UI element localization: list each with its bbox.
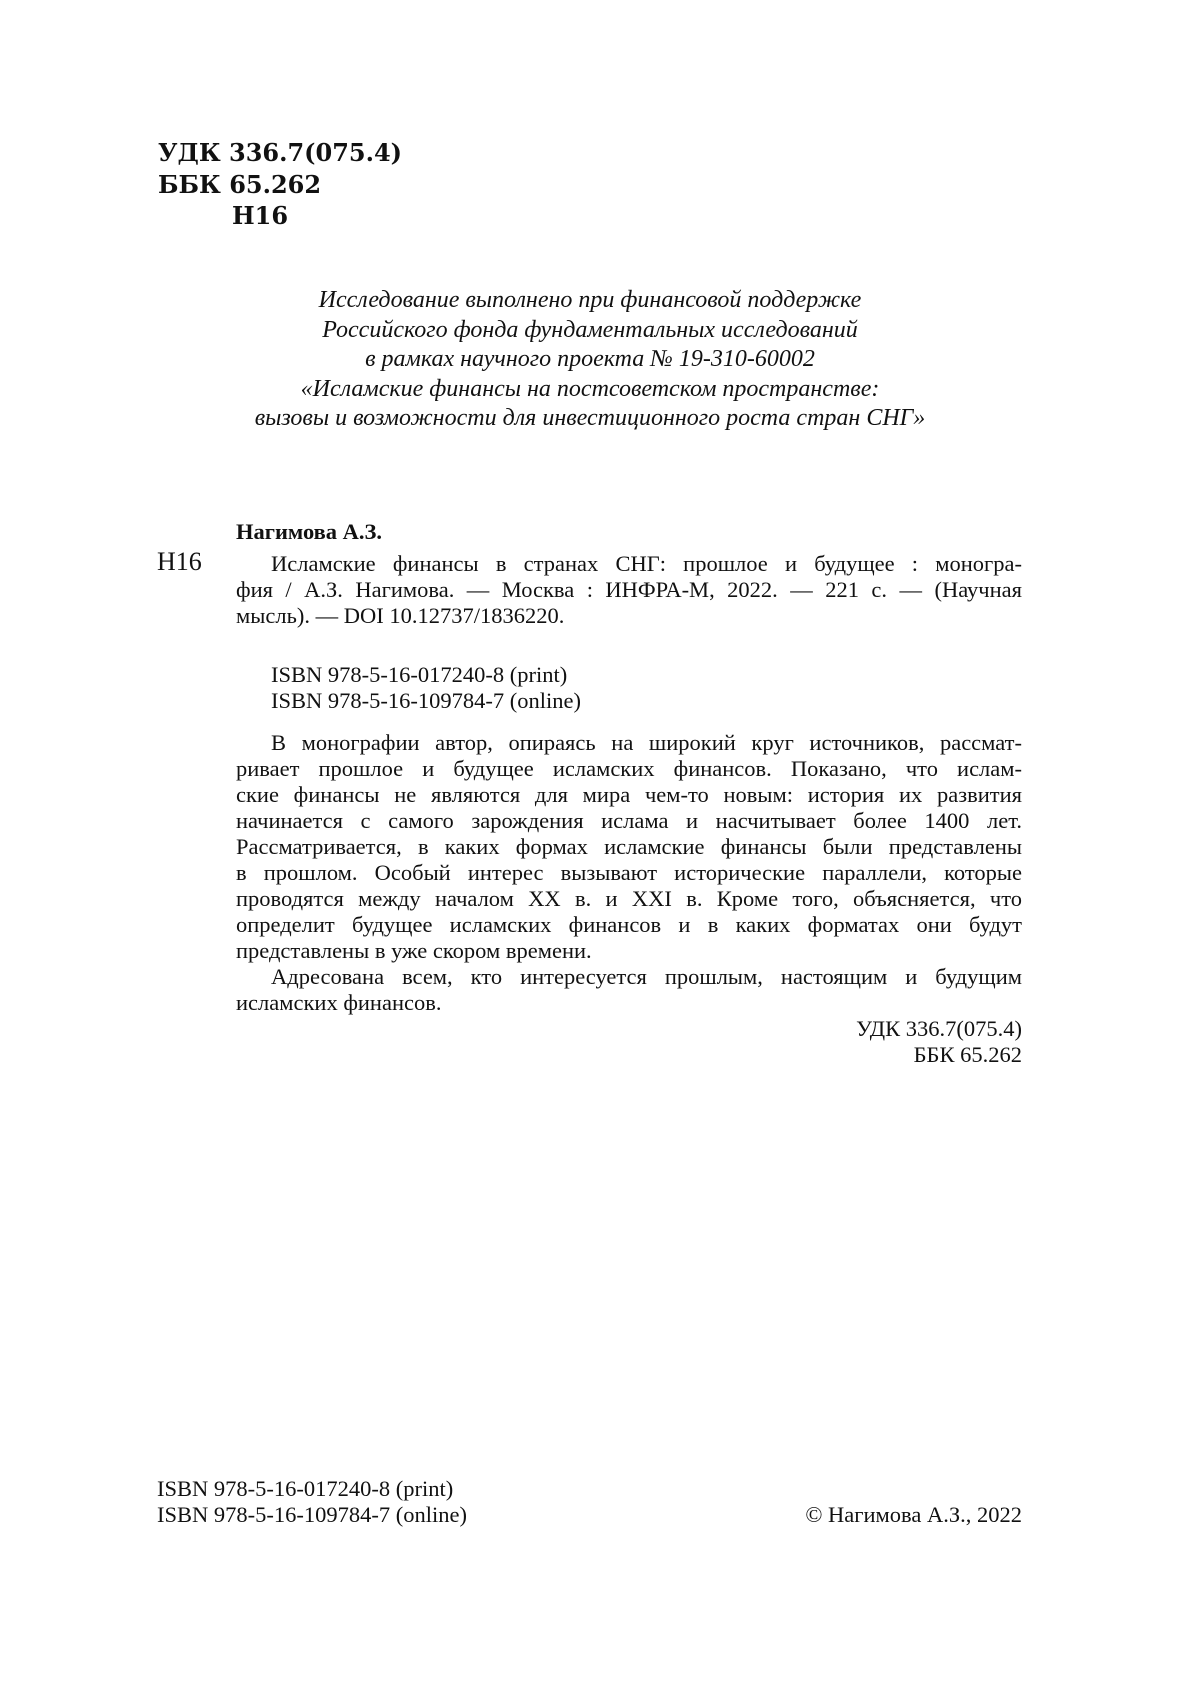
footer-isbn-print: ISBN 978-5-16-017240-8 (print) bbox=[157, 1476, 453, 1502]
annotation-line: определит будущее исламских финансов и в… bbox=[236, 912, 1022, 938]
funding-note: Исследование выполнено при финансовой по… bbox=[190, 286, 990, 434]
author-mark: Н16 bbox=[232, 201, 288, 231]
book-imprint-page: УДК 336.7(075.4) ББК 65.262 Н16 Исследов… bbox=[0, 0, 1181, 1693]
funding-line: в рамках научного проекта № 19-310-60002 bbox=[190, 345, 990, 375]
audience-line: Адресована всем, кто интересуется прошлы… bbox=[271, 964, 1022, 990]
udk-code-bottom: УДК 336.7(075.4) bbox=[856, 1016, 1022, 1042]
isbn-online: ISBN 978-5-16-109784-7 (online) bbox=[271, 688, 581, 714]
annotation-line: Рассматривается, в каких формах исламски… bbox=[236, 834, 1022, 860]
annotation-line: представлены в уже скором времени. bbox=[236, 938, 1022, 964]
isbn-print: ISBN 978-5-16-017240-8 (print) bbox=[271, 662, 567, 688]
footer-isbn-online: ISBN 978-5-16-109784-7 (online) bbox=[157, 1502, 467, 1528]
bbk-code: ББК 65.262 bbox=[158, 170, 321, 200]
annotation-line: ривает прошлое и будущее исламских финан… bbox=[236, 756, 1022, 782]
annotation-line: проводятся между началом XX в. и XXI в. … bbox=[236, 886, 1022, 912]
description-line: фия / А.З. Нагимова. — Москва : ИНФРА-М,… bbox=[236, 577, 1022, 603]
funding-line: Исследование выполнено при финансовой по… bbox=[190, 286, 990, 316]
copyright-notice: © Нагимова А.З., 2022 bbox=[805, 1502, 1022, 1528]
description-line: мысль). — DOI 10.12737/1836220. bbox=[236, 603, 1022, 629]
annotation-line: начинается с самого зарождения ислама и … bbox=[236, 808, 1022, 834]
udk-code: УДК 336.7(075.4) bbox=[158, 138, 402, 168]
funding-line: вызовы и возможности для инвестиционного… bbox=[190, 404, 990, 434]
description-line: Исламские финансы в странах СНГ: прошлое… bbox=[271, 551, 1022, 577]
annotation-line: в прошлом. Особый интерес вызывают истор… bbox=[236, 860, 1022, 886]
annotation-line: ские финансы не являются для мира чем-то… bbox=[236, 782, 1022, 808]
funding-line: Российского фонда фундаментальных исслед… bbox=[190, 316, 990, 346]
annotation-line: В монографии автор, опираясь на широкий … bbox=[271, 730, 1022, 756]
author-name: Нагимова А.З. bbox=[236, 519, 382, 545]
bbk-code-bottom: ББК 65.262 bbox=[914, 1042, 1022, 1068]
author-mark-left: Н16 bbox=[157, 547, 202, 577]
audience-line: исламских финансов. bbox=[236, 990, 1022, 1016]
funding-line: «Исламские финансы на постсоветском прос… bbox=[190, 375, 990, 405]
